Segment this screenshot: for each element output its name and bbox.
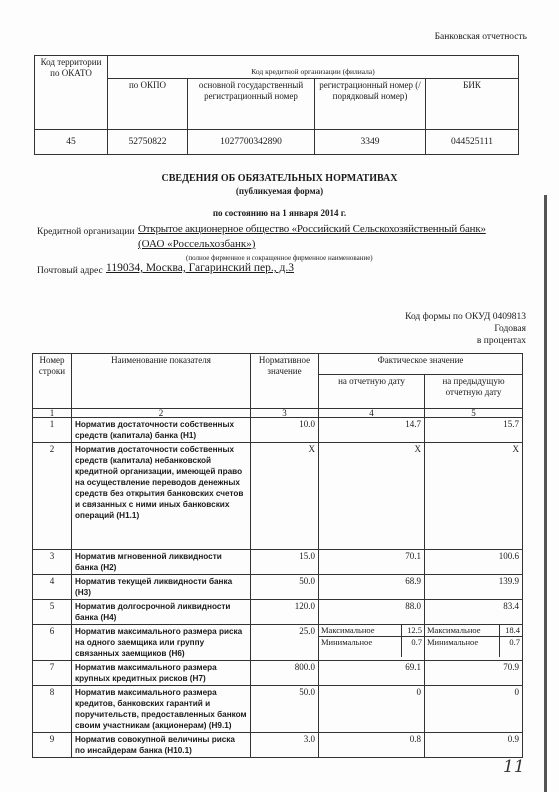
- normatives-table: Номер строки Наименование показателя Нор…: [32, 353, 523, 758]
- column-numbers-row: 12345: [33, 409, 523, 418]
- value-ogrn: 1027700342890: [188, 130, 315, 155]
- max-label: Максимальное: [319, 625, 402, 637]
- header-normative: Нормативное значение: [251, 354, 319, 409]
- normative-value: 25.0: [251, 625, 319, 661]
- table-row: 5Норматив долгосрочной ликвидности банка…: [33, 600, 523, 625]
- header-credit-org-group: Код кредитной организации (филиала): [108, 56, 519, 79]
- indicator-name: Норматив максимального размера риска на …: [72, 625, 251, 661]
- postal-address: 119034, Москва, Гагаринский пер., д.3: [106, 262, 294, 274]
- current-value: 0.8: [319, 733, 425, 758]
- indicator-name: Норматив мгновенной ликвидности банка (Н…: [72, 550, 251, 575]
- header-okpo: по ОКПО: [108, 79, 188, 130]
- org-label: Кредитной организации: [37, 227, 135, 237]
- column-number: 2: [72, 409, 251, 418]
- header-bik: БИК: [426, 79, 519, 130]
- min-label: Минимальное: [425, 637, 500, 658]
- previous-value: 100.6: [425, 550, 523, 575]
- min-label: Минимальное: [319, 637, 402, 658]
- address-label: Почтовый адрес: [37, 266, 103, 276]
- row-number: 3: [33, 550, 72, 575]
- previous-value: 83.4: [425, 600, 523, 625]
- report-period: Годовая: [405, 323, 526, 335]
- document-subtitle: (публикуемая форма): [0, 186, 559, 196]
- table-row: 6Норматив максимального размера риска на…: [33, 625, 523, 661]
- row-number: 7: [33, 661, 72, 686]
- okud-code: Код формы по ОКУД 0409813: [405, 311, 526, 323]
- current-value: 70.1: [319, 550, 425, 575]
- current-max-value: 12.5: [402, 625, 425, 637]
- previous-max-value: 18.4: [500, 625, 523, 637]
- row-number: 8: [33, 686, 72, 733]
- max-label: Максимальное: [425, 625, 500, 637]
- bank-codes-table: Код территории по ОКАТО Код кредитной ор…: [34, 55, 519, 155]
- current-value: 0: [319, 686, 425, 733]
- indicator-name: Норматив достаточности собственных средс…: [72, 443, 251, 550]
- column-number: 1: [33, 409, 72, 418]
- value-regnum: 3349: [315, 130, 426, 155]
- row-number: 6: [33, 625, 72, 661]
- column-number: 4: [319, 409, 425, 418]
- value-okato: 45: [35, 130, 108, 155]
- normative-value: 120.0: [251, 600, 319, 625]
- row-number: 1: [33, 418, 72, 443]
- value-okpo: 52750822: [108, 130, 188, 155]
- previous-value-split: Максимальное18.4Минимальное0.7: [425, 625, 523, 661]
- previous-value: X: [425, 443, 523, 550]
- units: в процентах: [405, 335, 526, 347]
- value-bik: 044525111: [426, 130, 519, 155]
- current-value-split: Максимальное12.5Минимальное0.7: [319, 625, 425, 661]
- table-row: 2Норматив достаточности собственных сред…: [33, 443, 523, 550]
- indicator-name: Норматив достаточности собственных средс…: [72, 418, 251, 443]
- normative-value: X: [251, 443, 319, 550]
- normative-value: 3.0: [251, 733, 319, 758]
- scan-edge-line: [544, 195, 547, 792]
- normative-value: 50.0: [251, 686, 319, 733]
- current-min-value: 0.7: [402, 637, 425, 658]
- page-number: 11: [503, 757, 525, 777]
- table-row: 8Норматив максимального размера кредитов…: [33, 686, 523, 733]
- normative-value: 800.0: [251, 661, 319, 686]
- org-full-name: Открытое акционерное общество «Российски…: [138, 223, 486, 235]
- header-previous-date: на предыдущую отчетную дату: [425, 375, 523, 409]
- previous-value: 139.9: [425, 575, 523, 600]
- report-type-label: Банковская отчетность: [435, 32, 527, 42]
- header-actual: Фактическое значение: [319, 354, 523, 375]
- current-value: 68.9: [319, 575, 425, 600]
- column-number: 3: [251, 409, 319, 418]
- org-short-name: (ОАО «Россельхозбанк»): [138, 238, 255, 250]
- row-number: 9: [33, 733, 72, 758]
- indicator-name: Норматив совокупной величины риска по ин…: [72, 733, 251, 758]
- row-number: 5: [33, 600, 72, 625]
- indicator-name: Норматив долгосрочной ликвидности банка …: [72, 600, 251, 625]
- indicator-name: Норматив максимального размера крупных к…: [72, 661, 251, 686]
- current-value: X: [319, 443, 425, 550]
- previous-value: 0: [425, 686, 523, 733]
- normative-value: 10.0: [251, 418, 319, 443]
- header-regnum: регистрационный номер (/порядковый номер…: [315, 79, 426, 130]
- header-current-date: на отчетную дату: [319, 375, 425, 409]
- previous-min-value: 0.7: [500, 637, 523, 658]
- previous-value: 70.9: [425, 661, 523, 686]
- current-value: 69.1: [319, 661, 425, 686]
- row-number: 2: [33, 443, 72, 550]
- header-indicator-name: Наименование показателя: [72, 354, 251, 409]
- header-ogrn: основной государственный регистрационный…: [188, 79, 315, 130]
- org-name-note: (полное фирменное и сокращенное фирменно…: [186, 254, 373, 262]
- header-okato: Код территории по ОКАТО: [35, 56, 108, 130]
- normative-value: 50.0: [251, 575, 319, 600]
- table-row: 9Норматив совокупной величины риска по и…: [33, 733, 523, 758]
- previous-value: 0.9: [425, 733, 523, 758]
- as-of-date: по состоянию на 1 января 2014 г.: [0, 208, 559, 218]
- form-info: Код формы по ОКУД 0409813 Годовая в проц…: [405, 311, 526, 347]
- normative-value: 15.0: [251, 550, 319, 575]
- indicator-name: Норматив максимального размера кредитов,…: [72, 686, 251, 733]
- previous-value: 15.7: [425, 418, 523, 443]
- current-value: 88.0: [319, 600, 425, 625]
- header-row-num: Номер строки: [33, 354, 72, 409]
- column-number: 5: [425, 409, 523, 418]
- table-row: 7Норматив максимального размера крупных …: [33, 661, 523, 686]
- row-number: 4: [33, 575, 72, 600]
- current-value: 14.7: [319, 418, 425, 443]
- table-row: 4Норматив текущей ликвидности банка (Н3)…: [33, 575, 523, 600]
- table-row: 3Норматив мгновенной ликвидности банка (…: [33, 550, 523, 575]
- indicator-name: Норматив текущей ликвидности банка (Н3): [72, 575, 251, 600]
- document-title: СВЕДЕНИЯ ОБ ОБЯЗАТЕЛЬНЫХ НОРМАТИВАХ: [0, 173, 559, 184]
- table-row: 1Норматив достаточности собственных сред…: [33, 418, 523, 443]
